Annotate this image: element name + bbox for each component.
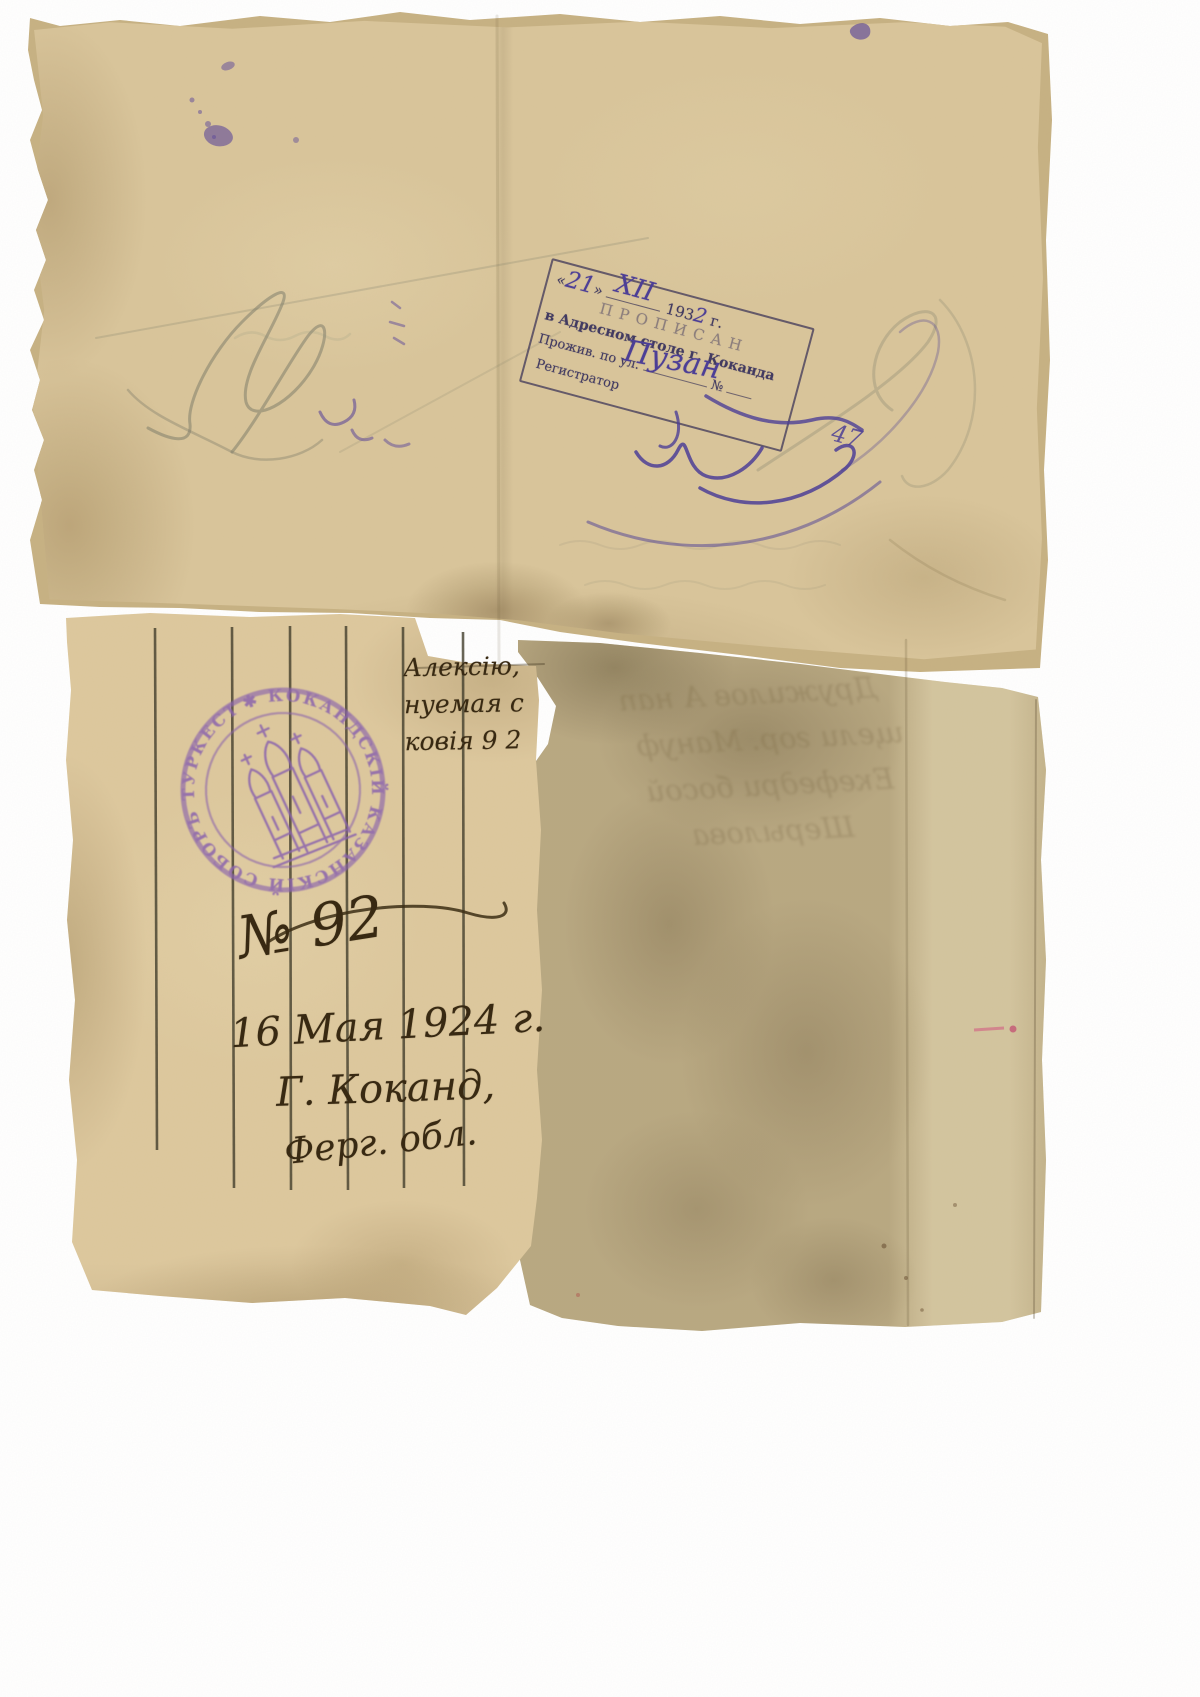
ghost-writing: Дружилов А нап щели гор. Мануф Екефедри … [540,663,921,982]
certificate-city: Г. Коканд, [275,1062,496,1116]
corner-note: Алексію, нуемая с ковія 9 2 [403,647,553,772]
corner-note-line: ковія 9 2 [404,721,553,761]
corner-note-line: нуемая с [404,684,553,724]
house-blank [726,381,754,399]
corner-note-line: Алексію, [403,647,552,687]
